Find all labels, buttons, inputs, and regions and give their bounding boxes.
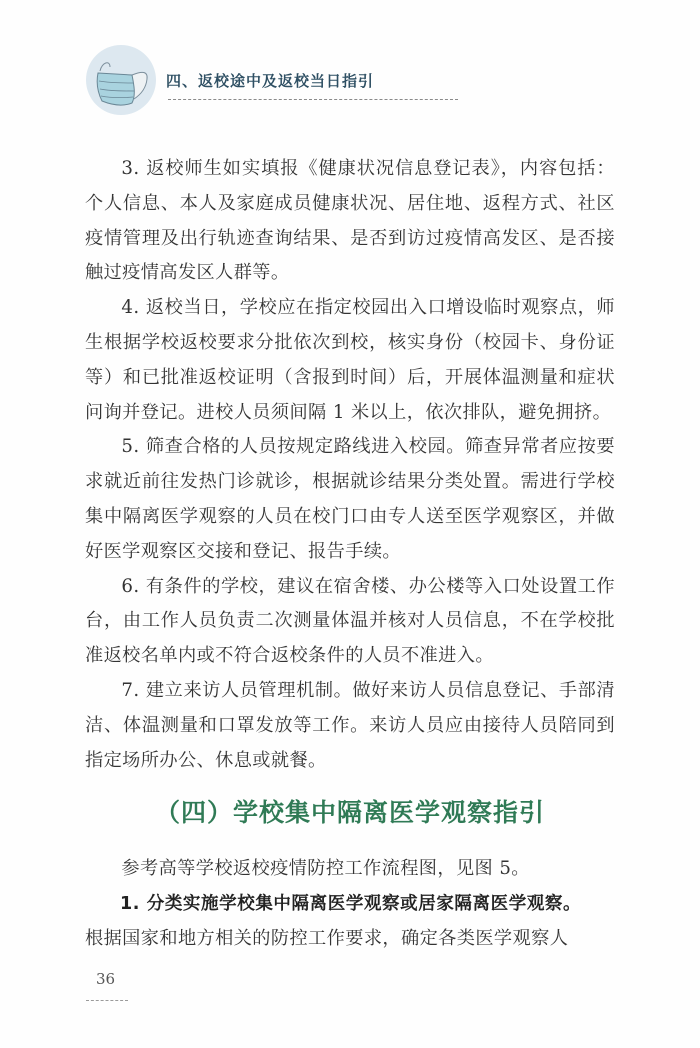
chapter-title: 四、返校途中及返校当日指引 [166, 70, 374, 91]
section-heading: （四）学校集中隔离医学观察指引 [155, 793, 545, 829]
section-intro: 参考高等学校返校疫情防控工作流程图，见图 5。 [85, 852, 615, 887]
document-page: 四、返校途中及返校当日指引 3. 返校师生如实填报《健康状况信息登记表》，内容包… [0, 0, 700, 1048]
page-number-divider [86, 1000, 128, 1001]
paragraph-item-3: 3. 返校师生如实填报《健康状况信息登记表》，内容包括：个人信息、本人及家庭成员… [85, 152, 615, 291]
page-number: 36 [96, 970, 115, 988]
paragraph-item-7: 7. 建立来访人员管理机制。做好来访人员信息登记、手部清洁、体温测量和口罩发放等… [85, 674, 615, 778]
item-1-title: 1. 分类实施学校集中隔离医学观察或居家隔离医学观察。 [85, 887, 615, 922]
paragraph-item-4: 4. 返校当日，学校应在指定校园出入口增设临时观察点，师生根据学校返校要求分批依… [85, 291, 615, 430]
body-text: 3. 返校师生如实填报《健康状况信息登记表》，内容包括：个人信息、本人及家庭成员… [85, 152, 615, 778]
section-body: 参考高等学校返校疫情防控工作流程图，见图 5。 1. 分类实施学校集中隔离医学观… [85, 852, 615, 956]
paragraph-item-6: 6. 有条件的学校，建议在宿舍楼、办公楼等入口处设置工作台，由工作人员负责二次测… [85, 570, 615, 674]
chapter-title-divider [168, 99, 458, 100]
paragraph-item-5: 5. 筛查合格的人员按规定路线进入校园。筛查异常者应按要求就近前往发热门诊就诊，… [85, 430, 615, 569]
chapter-header: 四、返校途中及返校当日指引 [86, 45, 406, 117]
surgical-mask-icon [86, 45, 156, 115]
item-1-text: 根据国家和地方相关的防控工作要求，确定各类医学观察人 [85, 922, 615, 957]
